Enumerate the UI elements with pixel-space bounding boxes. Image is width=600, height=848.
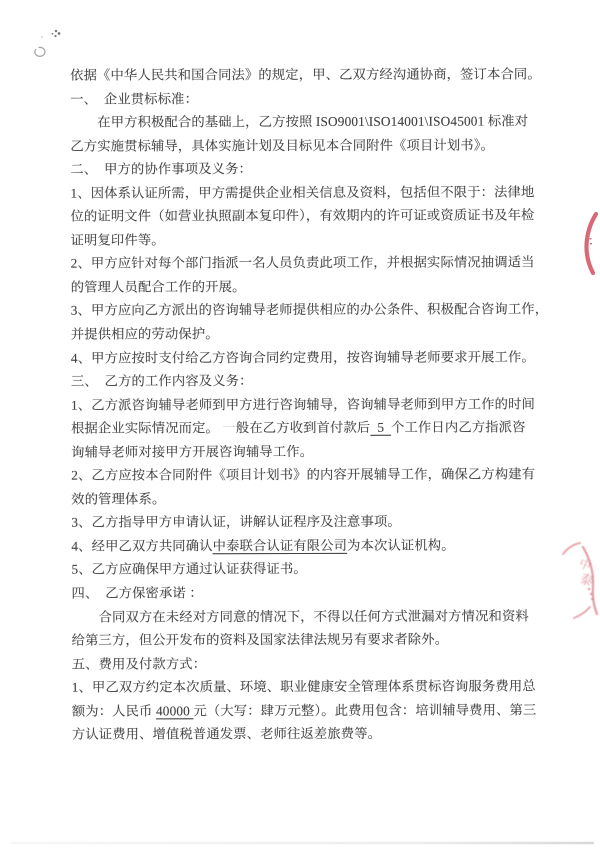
text-run: 1、甲乙双方约定本次质量、环境、职业健康安全管理体系贯标咨询服务费用总 [72,679,536,695]
scanned-contract-page: 中 泰 依据《中华人民共和国合同法》的规定，甲、乙双方经沟通协商，签订本合同。一… [0,0,600,848]
text-run: 元（大写：肆万元整）。此费用包含：培训辅导费用、第三 [193,702,536,718]
text-run: 并提供相应的劳动保护。 [71,326,219,341]
underlined-text: 5 [370,420,391,435]
text-run: 1、因体系认证所需，甲方需提供企业相关信息及资料，包括但不限于：法律地 [70,184,534,200]
scan-edge-shadow [10,842,594,844]
text-run: 位的证明文件（如营业执照副本复印件），有效期内的许可证或资质证书及年检 [70,208,534,224]
contract-line: 给第三方，但公开发布的资料及国家法律法规另有要求者除外。 [72,628,538,653]
text-run: 证明复印件等。 [71,232,165,247]
text-run: 额为：人民币 [72,703,156,718]
contract-line: 的管理人员配合工作的开展。 [71,274,537,299]
contract-line: 四、 乙方保密承诺 ： [71,580,537,605]
contract-line: 依据《中华人民共和国合同法》的规定，甲、乙双方经沟通协商，签订本合同。 [70,62,536,87]
contract-line: 位的证明文件（如营业执照副本复印件），有效期内的许可证或资质证书及年检 [70,204,536,229]
red-seal-fragment-icon: 中 泰 [558,538,600,624]
contract-line: 根据企业实际情况而定。 一般在乙方收到首付款后 5 个工作日内乙方指派咨 [71,416,537,441]
contract-line: 合同双方在未经对方同意的情况下，不得以任何方式泄漏对方情况和资料 [72,604,538,629]
contract-line: 在甲方积极配合的基础上，乙方按照 ISO9001\ISO14001\ISO450… [70,109,536,134]
contract-line: 3、甲方应向乙方派出的咨询辅导老师提供相应的办公条件、积极配合咨询工作， [71,298,537,323]
contract-line: 4、经甲乙双方共同确认中泰联合认证有限公司为本次认证机构。 [71,533,537,558]
red-seal-arc-icon [578,208,600,280]
contract-line: 额为：人民币 40000 元（大写：肆万元整）。此费用包含：培训辅导费用、第三 [72,698,538,723]
contract-line: 4、甲方应按时支付给乙方咨询合同约定费用，按咨询辅导老师要求开展工作。 [71,345,537,370]
text-run: 1、乙方派咨询辅导老师到甲方进行咨询辅导，咨询辅导老师到甲方工作的时间 [71,396,535,412]
contract-body: 依据《中华人民共和国合同法》的规定，甲、乙双方经沟通协商，签订本合同。一、 企业… [70,62,538,746]
text-run: 在甲方积极配合的基础上，乙方按照 ISO9001\ISO14001\ISO450… [97,114,528,130]
text-run: 四、 乙方保密承诺 ： [71,585,202,600]
pencil-smudge-icon [15,20,85,70]
text-run: 二、 甲方的协作事项及义务： [70,161,252,176]
text-run: 为本次认证机构。 [347,538,455,553]
text-run: 合同双方在未经对方同意的情况下，不得以任何方式泄漏对方情况和资料 [99,608,529,624]
text-run: 般在乙方收到首付款后 [236,420,371,435]
text-run: 效的管理体系。 [71,491,165,506]
contract-line: 效的管理体系。 [71,486,537,511]
text-run: 询辅导老师对接甲方开展咨询辅导工作。 [71,444,313,460]
faint-character: 一 [222,420,235,435]
contract-line: 一、 企业贯标标准： [70,86,536,111]
underlined-text: 中泰联合认证有限公司 [213,538,348,553]
text-run: 2、甲方应针对每个部门指派一名人员负责此项工作，并根据实际情况抽调适当 [71,255,535,271]
contract-line: 三、 乙方的工作内容及义务： [71,368,537,393]
contract-line: 方认证费用、增值税普通发票、老师往返差旅费等。 [72,722,538,747]
text-run: 依据《中华人民共和国合同法》的规定，甲、乙双方经沟通协商，签订本合同。 [70,66,541,82]
contract-line: 1、乙方派咨询辅导老师到甲方进行咨询辅导，咨询辅导老师到甲方工作的时间 [71,392,537,417]
contract-line: 二、 甲方的协作事项及义务： [70,157,536,182]
svg-text:泰: 泰 [578,571,595,589]
text-run: 一、 企业贯标标准： [70,91,198,106]
text-run: 给第三方，但公开发布的资料及国家法律法规另有要求者除外。 [72,632,449,648]
text-run: 3、乙方指导甲方申请认证，讲解认证程序及注意事项。 [71,514,401,530]
text-run: 五、费用及付款方式： [72,656,207,671]
text-run: 2、乙方应按本合同附件《项目计划书》的内容开展辅导工作，确保乙方构建有 [71,467,535,483]
contract-line: 5、乙方应确保甲方通过认证获得证书。 [71,557,537,582]
text-run: 根据企业实际情况而定。 [71,420,222,435]
contract-line: 3、乙方指导甲方申请认证，讲解认证程序及注意事项。 [71,510,537,535]
contract-line: 并提供相应的劳动保护。 [71,321,537,346]
text-run: 4、经甲乙双方共同确认 [71,538,212,553]
contract-line: 1、因体系认证所需，甲方需提供企业相关信息及资料，包括但不限于：法律地 [70,180,536,205]
text-run: 的管理人员配合工作的开展。 [71,279,246,294]
contract-line: 2、乙方应按本合同附件《项目计划书》的内容开展辅导工作，确保乙方构建有 [71,463,537,488]
contract-line: 五、费用及付款方式： [72,651,538,676]
text-run: 4、甲方应按时支付给乙方咨询合同约定费用，按咨询辅导老师要求开展工作。 [71,349,535,365]
text-run: 5、乙方应确保甲方通过认证获得证书。 [71,561,306,577]
text-run: 3、甲方应向乙方派出的咨询辅导老师提供相应的办公条件、积极配合咨询工作， [71,302,548,318]
text-run: 三、 乙方的工作内容及义务： [71,373,253,388]
contract-line: 询辅导老师对接甲方开展咨询辅导工作。 [71,439,537,464]
contract-line: 2、甲方应针对每个部门指派一名人员负责此项工作，并根据实际情况抽调适当 [71,251,537,276]
svg-text:中: 中 [577,555,594,574]
contract-line: 乙方实施贯标辅导，具体实施计划及目标见本合同附件《项目计划书》。 [70,133,536,158]
underlined-text: 40000 [156,703,194,718]
contract-line: 1、甲乙双方约定本次质量、环境、职业健康安全管理体系贯标咨询服务费用总 [72,675,538,700]
contract-line: 证明复印件等。 [71,227,537,252]
text-run: 个工作日内乙方指派咨 [391,420,526,435]
text-run: 乙方实施贯标辅导，具体实施计划及目标见本合同附件《项目计划书》。 [70,137,494,153]
text-run: 方认证费用、增值税普通发票、老师往返差旅费等。 [72,726,381,742]
